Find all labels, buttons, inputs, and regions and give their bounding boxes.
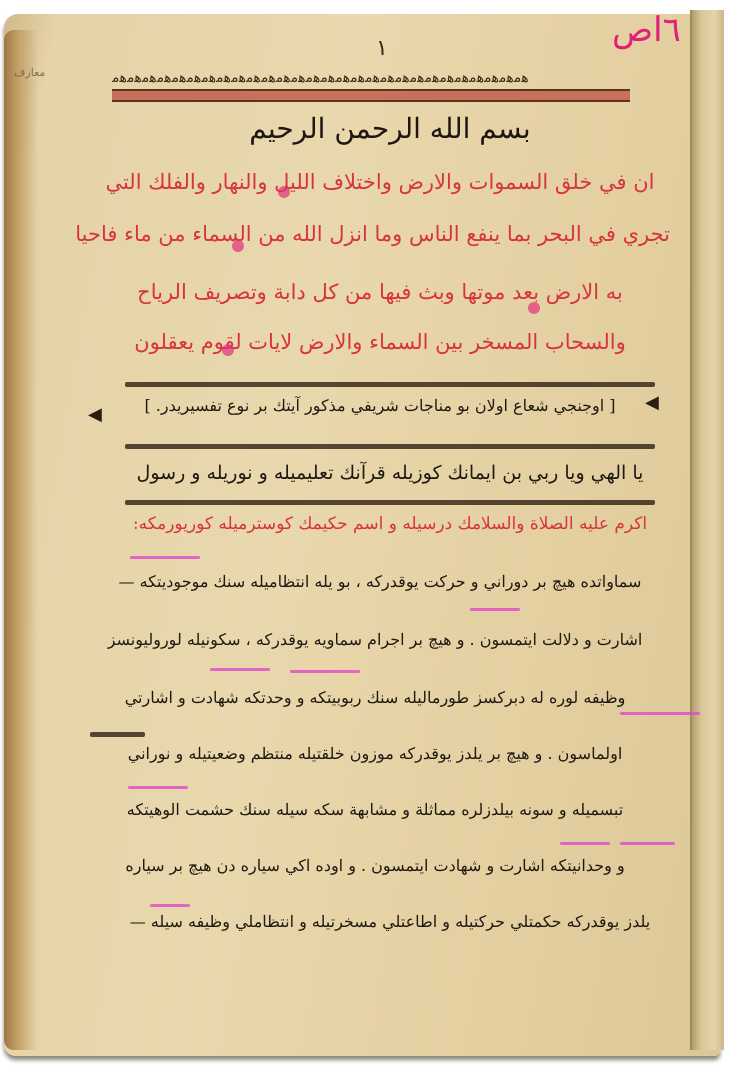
- body-line-9: يلدز يوقدركه حكمتلي حركتيله و اطاعتلي مس…: [110, 912, 670, 931]
- pink-underline: [620, 842, 675, 845]
- pink-underline: [210, 668, 270, 671]
- pink-underline: [128, 786, 188, 789]
- verse-line-4: والسحاب المسخر بين السماء والارض لايات ل…: [100, 330, 660, 354]
- ink-stain: [232, 240, 244, 252]
- body-line-1: يا الهي ويا ربي بن ايمانك كوزيله قرآنك ت…: [110, 462, 670, 484]
- commentary-heading: [ اوجنجي شعاع اولان بو مناجات شريفي مذكو…: [110, 396, 650, 415]
- verse-line-1: ان في خلق السموات والارض واختلاف الليل و…: [90, 170, 670, 194]
- pink-underline: [290, 670, 360, 673]
- rule-line: [125, 382, 655, 387]
- rule-line: [125, 444, 655, 449]
- pink-underline: [130, 556, 200, 559]
- bracket-arrow-left: ◀: [88, 404, 102, 425]
- header-ornament-bar: [112, 89, 630, 102]
- body-line-8: و وحدانيتكه اشارت و شهادت ايتمسون . و او…: [80, 856, 670, 875]
- body-line-4: اشارت و دلالت ايتمسون . و هيچ بر اجرام س…: [80, 630, 670, 649]
- rule-line: [90, 732, 145, 737]
- pink-underline: [470, 608, 520, 611]
- rule-line: [125, 500, 655, 505]
- body-line-6: اولماسون . و هيچ بر يلدز يوقدركه موزون خ…: [80, 744, 670, 763]
- margin-note: معارف: [14, 66, 45, 79]
- page-number: ١: [376, 36, 388, 61]
- pink-underline: [150, 904, 190, 907]
- basmala: بسم الله الرحمن الرحيم: [130, 112, 650, 145]
- verse-line-3: به الارض بعد موتها وبث فيها من كل دابة و…: [100, 280, 660, 304]
- folio-mark: ٦اص: [612, 10, 681, 50]
- verse-line-2: تجري في البحر بما ينفع الناس وما انزل ال…: [90, 222, 670, 246]
- header-ornament: ﻫﻣﻫﻣﻫﻣﻫﻣﻫﻣﻫﻣﻫﻣﻫﻣﻫﻣﻫﻣﻫﻣﻫﻣﻫﻣﻫﻣﻫﻣﻫﻣﻫﻣﻫﻣﻫﻣﻫﻣ…: [112, 70, 630, 90]
- body-line-7: تبسميله و سونه بيلدزلره مماثلة و مشابهة …: [80, 800, 670, 819]
- body-line-3: سماواتده هيچ بر دوراني و حركت يوقدركه ، …: [90, 572, 670, 591]
- body-line-2: اكرم عليه الصلاة والسلامك درسيله و اسم ح…: [110, 514, 670, 534]
- binding-spine: [4, 30, 38, 1050]
- ink-stain: [528, 302, 540, 314]
- ink-stain: [278, 186, 290, 198]
- page-fore-edge: [690, 10, 724, 1050]
- body-line-5: وظيفه لوره له دبركسز طورماليله سنك ربوبي…: [80, 688, 670, 707]
- ink-stain: [222, 344, 234, 356]
- pink-underline: [620, 712, 700, 715]
- pink-underline: [560, 842, 610, 845]
